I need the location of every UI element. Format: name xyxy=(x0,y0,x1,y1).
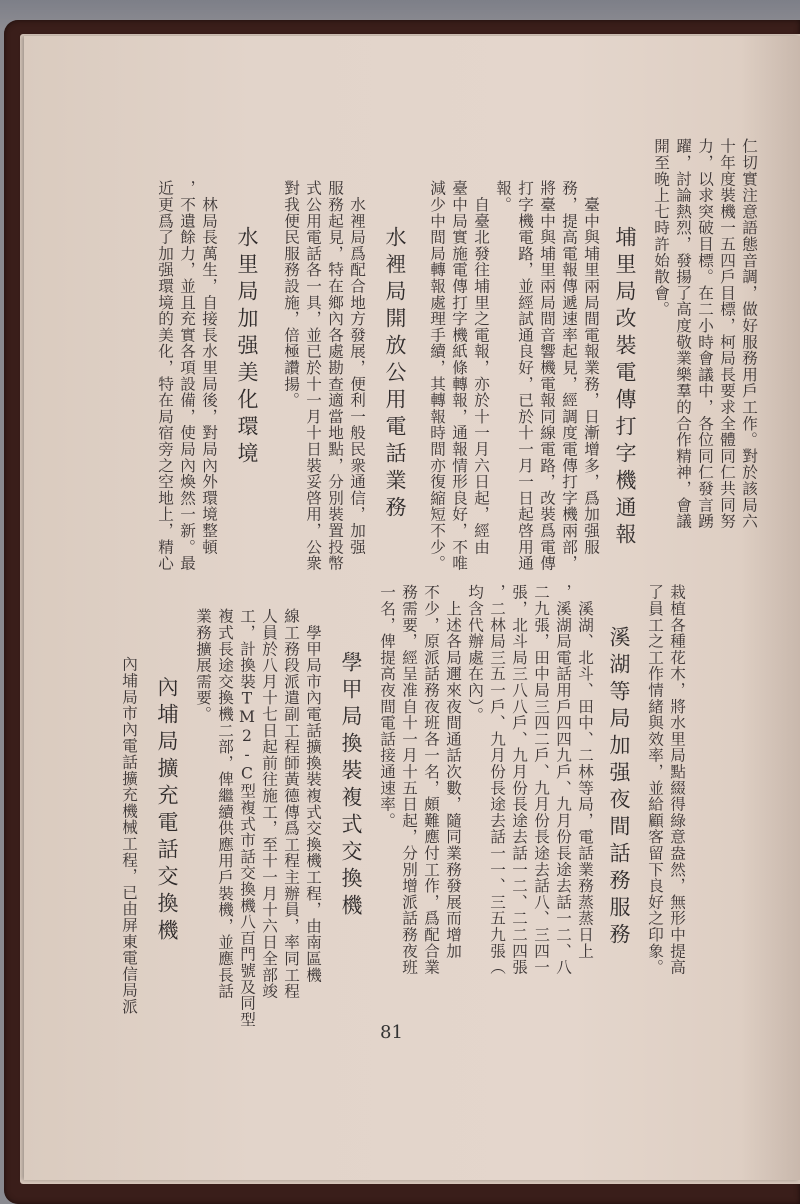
article-line: 報。 xyxy=(492,180,515,213)
article-line: 溪湖、北斗、田中、二林等局，電話業務蒸蒸日上 xyxy=(574,584,597,959)
article-line: 打字機電路，並經試通良好，已於十一月一日起啓用通 xyxy=(514,180,537,571)
continuation-line: 仁切實注意語態音調，做好服務用戶工作。對於該局六 xyxy=(738,138,761,529)
article-line: 自臺北發往埔里之電報，亦於十一月六日起，經由 xyxy=(470,180,493,555)
article-line: ，二林局三五一戶、九月份長途去話一一、三五九張（ xyxy=(486,584,509,975)
continuation-line: 開至晚上七時許始散會。 xyxy=(650,138,673,317)
article-line: 均含代辦處在內）。 xyxy=(464,584,487,723)
continuation-line: 力，以求突破目標。在二小時會議中，各位同仁發言踴 xyxy=(694,138,717,529)
article-line: 服務起見，特在鄉內各處勘查適當地點，分別裝置投幣 xyxy=(324,180,347,571)
article-heading: 學甲局換裝複式交換機 xyxy=(336,651,366,921)
article-line: 務，提高電報傳遞速率起見，經調度電傳打字機兩部， xyxy=(558,180,581,571)
article-line: ，不遺餘力，並且充實各項設備，使局內煥然一新。最 xyxy=(176,180,199,571)
article-line: 人員於八月十七日起前往施工，至十一月十六日全部竣 xyxy=(258,608,281,999)
article-line: 務需要，經呈准自十一月十五日起，分別增派話務夜班 xyxy=(398,584,421,975)
article-line: 工，計換裝TM2-C型複式市話交換機八百門號及同型 xyxy=(236,608,259,1028)
article-line: 複式長途交換機二部，俾繼續供應用戶裝機，並應長話 xyxy=(214,608,237,999)
article-line: 減少中間局轉報處理手續，其轉報時間亦復縮短不少。 xyxy=(426,180,449,571)
article-line: 不少，原派話務夜班各一名，頗難應付工作，爲配合業 xyxy=(420,584,443,975)
article-line: 學甲局市內電話擴換裝複式交換機工程，由南區機 xyxy=(302,608,325,983)
continuation-line: 躍，討論熱烈，發揚了高度敬業樂羣的合作精神，會議 xyxy=(672,138,695,529)
article-line: 臺中與埔里兩局間電報業務，日漸增多，爲加强服 xyxy=(580,180,603,555)
article-line: 林局長萬生，自接長水里局後，對局內外環境整頓 xyxy=(198,180,221,555)
article-heading: 水里局加强美化環境 xyxy=(232,226,262,469)
article-line: 一名，俾提高夜間電話接通速率。 xyxy=(376,584,399,829)
article-line: 線工務段派遣副工程師黃德傳爲工程主辦員，率同工程 xyxy=(280,608,303,999)
page-number: 81 xyxy=(380,1022,403,1043)
article-heading: 水裡局開放公用電話業務 xyxy=(380,226,410,523)
article-line: ，溪湖局電話用戶四四九戶、九月份長途去話一二、八 xyxy=(552,584,575,975)
article-line: 近更爲了加强環境的美化，特在局宿旁之空地上，精心 xyxy=(154,180,177,571)
article-line: 內埔局市內電話擴充機械工程，已由屏東電信局派 xyxy=(118,656,141,1015)
article-line: 業務擴展需要。 xyxy=(192,608,215,722)
article-line: 栽植各種花木，將水里局點綴得綠意盎然，無形中提高 xyxy=(666,584,689,975)
book-page: 仁切實注意語態音調，做好服務用戶工作。對於該局六 十年度裝機一五四戶目標，柯局長… xyxy=(24,36,800,1180)
article-heading: 內埔局擴充電話交換機 xyxy=(152,676,182,946)
article-line: 了員工之工作情緒與效率，並給顧客留下良好之印象。 xyxy=(644,584,667,975)
article-heading: 埔里局改裝電傳打字機通報 xyxy=(610,226,640,550)
article-heading: 溪湖等局加强夜間話務服務 xyxy=(604,626,634,950)
article-line: 上述各局邇來夜間通話次數，隨同業務發展而增加 xyxy=(442,584,465,959)
article-line: 張，北斗局三八八戶、九月份長途去話一二、二二四張 xyxy=(508,584,531,975)
continuation-line: 十年度裝機一五四戶目標，柯局長要求全體同仁共同努 xyxy=(716,138,739,529)
article-line: 對我便民服務設施，倍極讚揚。 xyxy=(280,180,303,408)
article-line: 將臺中與埔里兩局間音響機電報同線電路，改裝爲電傳 xyxy=(536,180,559,571)
article-line: 水裡局爲配合地方發展，便利一般民衆通信，加强 xyxy=(346,180,369,555)
article-line: 臺中局實施電傳打字機紙條轉報，通報情形良好，不唯 xyxy=(448,180,471,571)
article-line: 二九張，田中局三四二戶、九月份長途去話八、三四一 xyxy=(530,584,553,975)
article-line: 式公用電話各一具，並已於十一月十日裝妥啓用，公衆 xyxy=(302,180,325,571)
